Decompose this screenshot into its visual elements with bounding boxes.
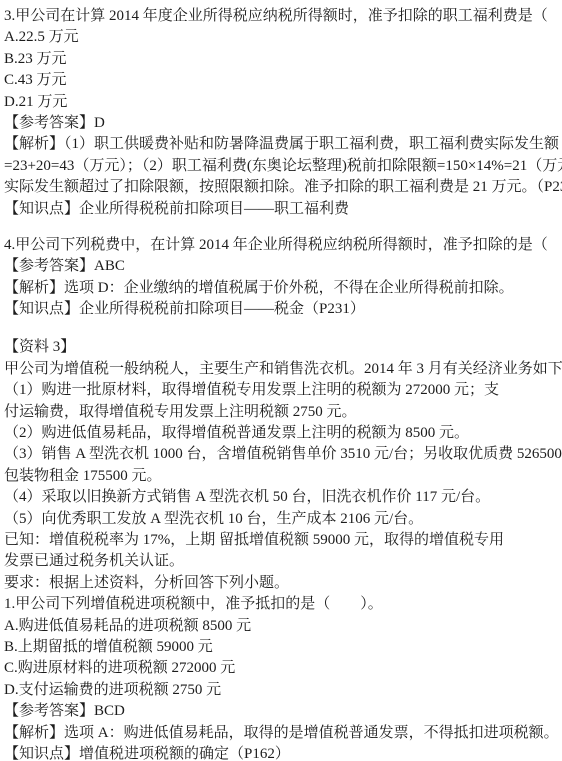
subquestion1-option-b: B.上期留抵的增值税额 59000 元 [4,637,562,658]
question3-analysis-line: 【解析】（1）职工供暖费补贴和防暑降温费属于职工福利费，职工福利费实际发生额 [4,134,562,155]
question3-option-d: D.21 万元 [4,92,562,113]
block-spacer [4,320,562,337]
subquestion1-knowledge-point: 【知识点】增值税进项税额的确定（P162） [4,744,562,761]
subquestion1-option-d: D.支付运输费的进项税额 2750 元 [4,680,562,701]
exam-answer-document: 3.甲公司在计算 2014 年度企业所得税应纳税所得额时，准予扣除的职工福利费是… [0,0,562,761]
question3-stem: 3.甲公司在计算 2014 年度企业所得税应纳税所得额时，准予扣除的职工福利费是… [4,6,562,27]
question3-option-c: C.43 万元 [4,70,562,91]
subquestion1-option-a: A.购进低值易耗品的进项税额 8500 元 [4,616,562,637]
material3-requirement: 要求：根据上述资料，分析回答下列小题。 [4,573,562,594]
block-spacer [4,220,562,235]
question4-knowledge-point: 【知识点】企业所得税税前扣除项目——税金（P231） [4,299,562,320]
material3-item-5: （5）向优秀职工发放 A 型洗衣机 10 台，生产成本 2106 元/台。 [4,509,562,530]
material3-item-3-cont: 包装物租金 175500 元。 [4,466,562,487]
material3-item-1: （1）购进一批原材料，取得增值税专用发票上注明的税额为 272000 元；支 [4,380,562,401]
question3-answer: 【参考答案】D [4,113,562,134]
material3-intro: 甲公司为增值税一般纳税人，主要生产和销售洗衣机。2014 年 3 月有关经济业务… [4,359,562,380]
question3-option-a: A.22.5 万元 [4,27,562,48]
question4-stem: 4.甲公司下列税费中，在计算 2014 年企业所得税应纳税所得额时，准予扣除的是… [4,235,562,256]
subquestion1-analysis-line: 【解析】选项 A：购进低值易耗品，取得的是增值税普通发票，不得抵扣进项税额。 [4,723,562,744]
question4-analysis-line: 【解析】选项 D：企业缴纳的增值税属于价外税，不得在企业所得税前扣除。 [4,278,562,299]
subquestion1-stem: 1.甲公司下列增值税进项税额中，准予抵扣的是（ ）。 [4,594,562,615]
question3-option-b: B.23 万元 [4,49,562,70]
material3-item-3: （3）销售 A 型洗衣机 1000 台，含增值税销售单价 3510 元/台；另收… [4,444,562,465]
material3-known-info-cont: 发票已通过税务机关认证。 [4,551,562,572]
material3-title: 【资料 3】 [4,337,562,358]
subquestion1-answer: 【参考答案】BCD [4,701,562,722]
question3-analysis-line: =23+20=43（万元）；（2）职工福利费(东奥论坛整理)税前扣除限额=150… [4,156,562,177]
question3-analysis-line: 实际发生额超过了扣除限额，按照限额扣除。准予扣除的职工福利费是 21 万元。（P… [4,177,562,198]
question3-knowledge-point: 【知识点】企业所得税税前扣除项目——职工福利费 [4,199,562,220]
subquestion1-option-c: C.购进原材料的进项税额 272000 元 [4,658,562,679]
material3-known-info: 已知：增值税税率为 17%，上期 留抵增值税额 59000 元，取得的增值税专用 [4,530,562,551]
question4-answer: 【参考答案】ABC [4,256,562,277]
material3-item-1-cont: 付运输费，取得增值税专用发票上注明税额 2750 元。 [4,402,562,423]
material3-item-4: （4）采取以旧换新方式销售 A 型洗衣机 50 台，旧洗衣机作价 117 元/台… [4,487,562,508]
material3-item-2: （2）购进低值易耗品，取得增值税普通发票上注明的税额为 8500 元。 [4,423,562,444]
